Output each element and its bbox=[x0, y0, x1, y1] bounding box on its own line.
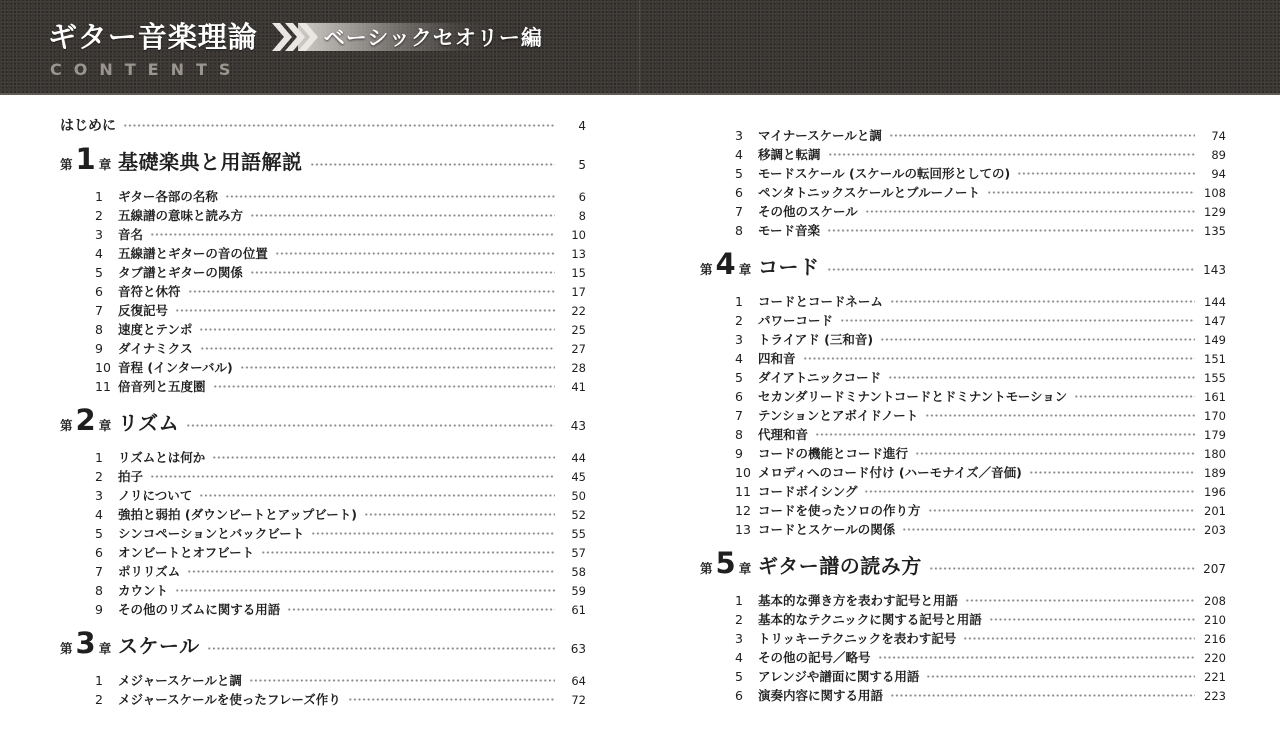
page-number: 72 bbox=[560, 693, 586, 707]
toc-item-title: トライアド (三和音) bbox=[758, 330, 873, 348]
toc-item-number: 1 bbox=[95, 189, 118, 204]
dot-leader bbox=[915, 449, 1195, 458]
toc-item-title: 基本的なテクニックに関する記号と用語 bbox=[758, 610, 982, 628]
dot-leader bbox=[207, 644, 555, 653]
dot-leader bbox=[827, 226, 1195, 235]
toc-item-title: 演奏内容に関する用語 bbox=[758, 686, 883, 704]
chapter-number: 5 bbox=[716, 549, 736, 578]
toc-item-number: 3 bbox=[95, 488, 118, 503]
toc-item-title: ペンタトニックスケールとブルーノート bbox=[758, 183, 980, 201]
toc-column-left: はじめに4第1章基礎楽典と用語解説51ギター各部の名称62五線譜の意味と読み方8… bbox=[60, 115, 586, 709]
page-number: 147 bbox=[1200, 314, 1226, 328]
toc-item-title: コードとコードネーム bbox=[758, 292, 883, 310]
header-title-row: ギター音楽理論 ベーシックセオリー編 bbox=[48, 20, 543, 54]
dot-leader bbox=[348, 695, 555, 704]
toc-item-number: 12 bbox=[735, 503, 758, 518]
toc-item: 1メジャースケールと調64 bbox=[95, 671, 586, 690]
toc-item-number: 10 bbox=[95, 360, 118, 375]
toc-item: 3トライアド (三和音)149 bbox=[735, 330, 1226, 349]
dot-leader bbox=[186, 421, 555, 430]
toc-item-title: 音名 bbox=[118, 225, 143, 243]
toc-item: 2基本的なテクニックに関する記号と用語210 bbox=[735, 610, 1226, 629]
dot-leader bbox=[929, 564, 1195, 573]
chapter-suffix: 章 bbox=[99, 155, 112, 173]
dot-leader bbox=[175, 586, 555, 595]
chapter-suffix: 章 bbox=[739, 559, 752, 577]
toc-item-title: ノリについて bbox=[118, 486, 192, 504]
toc-item-number: 3 bbox=[95, 227, 118, 242]
toc-item: 2メジャースケールを使ったフレーズ作り72 bbox=[95, 690, 586, 709]
dot-leader bbox=[364, 510, 555, 519]
toc-item-number: 6 bbox=[95, 284, 118, 299]
chapter-heading: 第5章ギター譜の読み方207 bbox=[700, 549, 1226, 585]
toc-item-number: 8 bbox=[95, 583, 118, 598]
toc-column-right: 3マイナースケールと調744移調と転調895モードスケール (スケールの転回形と… bbox=[700, 126, 1226, 705]
toc-item-title: ギター各部の名称 bbox=[118, 187, 218, 205]
toc-item-number: 7 bbox=[95, 564, 118, 579]
dot-leader bbox=[890, 297, 1195, 306]
chapter-block: 第3章スケール631メジャースケールと調642メジャースケールを使ったフレーズ作… bbox=[60, 629, 586, 709]
toc-entry: はじめに4 bbox=[60, 115, 586, 135]
chapter-prefix: 第 bbox=[60, 155, 73, 173]
page-number: 50 bbox=[560, 489, 586, 503]
chapter-number-label: 第5章 bbox=[700, 549, 758, 578]
toc-item: 2パワーコード147 bbox=[735, 311, 1226, 330]
chapter-number: 3 bbox=[76, 629, 96, 658]
toc-item: 4移調と転調89 bbox=[735, 145, 1226, 164]
dot-leader bbox=[250, 211, 555, 220]
chapter-number-label: 第3章 bbox=[60, 629, 118, 658]
toc-item: 13コードとスケールの関係203 bbox=[735, 520, 1226, 539]
toc-item-title: コードボイシング bbox=[758, 482, 857, 500]
chapter-heading: 第4章コード143 bbox=[700, 250, 1226, 286]
toc-item-number: 6 bbox=[735, 688, 758, 703]
toc-item-number: 7 bbox=[735, 408, 758, 423]
toc-item: 6セカンダリードミナントコードとドミナントモーション161 bbox=[735, 387, 1226, 406]
dot-leader bbox=[864, 487, 1195, 496]
page-number: 223 bbox=[1200, 689, 1226, 703]
toc-item-title: コードを使ったソロの作り方 bbox=[758, 501, 921, 519]
toc-item-number: 5 bbox=[735, 166, 758, 181]
toc-item-title: 五線譜とギターの音の位置 bbox=[118, 244, 268, 262]
page-number: 208 bbox=[1200, 594, 1226, 608]
dot-leader bbox=[311, 529, 555, 538]
toc-item-number: 8 bbox=[735, 427, 758, 442]
page-number: 207 bbox=[1200, 562, 1226, 576]
page-number: 161 bbox=[1200, 390, 1226, 404]
chapter-items: 1コードとコードネーム1442パワーコード1473トライアド (三和音)1494… bbox=[735, 292, 1226, 539]
page-number: 149 bbox=[1200, 333, 1226, 347]
toc-item-title: 拍子 bbox=[118, 467, 143, 485]
toc-item-number: 11 bbox=[735, 484, 758, 499]
page-number: 89 bbox=[1200, 148, 1226, 162]
toc-item: 11コードボイシング196 bbox=[735, 482, 1226, 501]
toc-item: 8代理和音179 bbox=[735, 425, 1226, 444]
toc-item-title: ダイアトニックコード bbox=[758, 368, 881, 386]
dot-leader bbox=[840, 316, 1195, 325]
chapter-block: 第5章ギター譜の読み方2071基本的な弾き方を表わす記号と用語2082基本的なテ… bbox=[700, 549, 1226, 705]
dot-leader bbox=[187, 567, 555, 576]
toc-item-number: 3 bbox=[735, 631, 758, 646]
page-number: 201 bbox=[1200, 504, 1226, 518]
page-number: 135 bbox=[1200, 224, 1226, 238]
dot-leader bbox=[889, 131, 1195, 140]
toc-item: 4五線譜とギターの音の位置13 bbox=[95, 244, 586, 263]
chapter-continuation-block: 3マイナースケールと調744移調と転調895モードスケール (スケールの転回形と… bbox=[700, 126, 1226, 240]
chapter-items: 1基本的な弾き方を表わす記号と用語2082基本的なテクニックに関する記号と用語2… bbox=[735, 591, 1226, 705]
toc-item-number: 2 bbox=[735, 313, 758, 328]
toc-item: 12コードを使ったソロの作り方201 bbox=[735, 501, 1226, 520]
dot-leader bbox=[963, 634, 1195, 643]
toc-item-number: 8 bbox=[95, 322, 118, 337]
dot-leader bbox=[1017, 169, 1195, 178]
toc-item-number: 9 bbox=[735, 446, 758, 461]
chapter-heading: 第2章リズム43 bbox=[60, 406, 586, 442]
toc-item-title: タブ譜とギターの関係 bbox=[118, 263, 243, 281]
edition-badge-label: ベーシックセオリー編 bbox=[324, 22, 543, 52]
dot-leader bbox=[888, 373, 1195, 382]
toc-item: 9その他のリズムに関する用語61 bbox=[95, 600, 586, 619]
chapter-number: 1 bbox=[76, 145, 96, 174]
toc-item-title: マイナースケールと調 bbox=[758, 126, 882, 144]
toc-item-number: 9 bbox=[95, 341, 118, 356]
toc-item-title: 五線譜の意味と読み方 bbox=[118, 206, 243, 224]
page-number: 210 bbox=[1200, 613, 1226, 627]
toc-item: 4その他の記号／略号220 bbox=[735, 648, 1226, 667]
toc-item: 11倍音列と五度圏41 bbox=[95, 377, 586, 396]
toc-item: 3ノリについて50 bbox=[95, 486, 586, 505]
chapter-title: ギター譜の読み方 bbox=[758, 550, 922, 579]
toc-item-title: ダイナミクス bbox=[118, 339, 193, 357]
page-number: 28 bbox=[560, 361, 586, 375]
toc-item-number: 4 bbox=[735, 351, 758, 366]
page-number: 8 bbox=[560, 209, 586, 223]
chapter-heading: 第3章スケール63 bbox=[60, 629, 586, 665]
page-number: 189 bbox=[1200, 466, 1226, 480]
dot-leader bbox=[199, 491, 555, 500]
toc-item: 10音程 (インターバル)28 bbox=[95, 358, 586, 377]
book-title: ギター音楽理論 bbox=[48, 23, 258, 52]
chapter-heading: 第1章基礎楽典と用語解説5 bbox=[60, 145, 586, 181]
chapter-number-label: 第4章 bbox=[700, 250, 758, 279]
toc-item: 4強拍と弱拍 (ダウンビートとアップビート)52 bbox=[95, 505, 586, 524]
dot-leader bbox=[310, 160, 556, 169]
toc-item: 7反復記号22 bbox=[95, 301, 586, 320]
toc-item-number: 5 bbox=[95, 526, 118, 541]
toc-item-number: 8 bbox=[735, 223, 758, 238]
dot-leader bbox=[878, 653, 1195, 662]
chapter-block: 第1章基礎楽典と用語解説51ギター各部の名称62五線譜の意味と読み方83音名10… bbox=[60, 145, 586, 396]
page-number: 196 bbox=[1200, 485, 1226, 499]
toc-item-number: 4 bbox=[95, 507, 118, 522]
page-number: 63 bbox=[560, 642, 586, 656]
dot-leader bbox=[261, 548, 555, 557]
toc-item-number: 5 bbox=[735, 370, 758, 385]
page-number: 52 bbox=[560, 508, 586, 522]
dot-leader bbox=[150, 472, 555, 481]
page-number: 58 bbox=[560, 565, 586, 579]
toc-item-title: メジャースケールと調 bbox=[118, 671, 242, 689]
page-fold-line bbox=[639, 0, 640, 93]
header-band: ギター音楽理論 ベーシックセオリー編 CONTENTS bbox=[0, 0, 1280, 95]
toc-item: 1ギター各部の名称6 bbox=[95, 187, 586, 206]
chapter-prefix: 第 bbox=[60, 639, 73, 657]
contents-heading: CONTENTS bbox=[50, 60, 242, 79]
page-number: 108 bbox=[1200, 186, 1226, 200]
dot-leader bbox=[175, 306, 555, 315]
toc-item: 7ポリリズム58 bbox=[95, 562, 586, 581]
page-number: 64 bbox=[560, 674, 586, 688]
page-number: 57 bbox=[560, 546, 586, 560]
toc-item: 9ダイナミクス27 bbox=[95, 339, 586, 358]
toc-item-title: ポリリズム bbox=[118, 562, 180, 580]
toc-item: 8カウント59 bbox=[95, 581, 586, 600]
page-number: 74 bbox=[1200, 129, 1226, 143]
toc-item-title: 速度とテンポ bbox=[118, 320, 192, 338]
edition-badge: ベーシックセオリー編 bbox=[272, 20, 543, 54]
toc-item-number: 4 bbox=[735, 147, 758, 162]
toc-item-title: メロディへのコード付け (ハーモナイズ／音価) bbox=[758, 463, 1022, 481]
toc-item: 1リズムとは何か44 bbox=[95, 448, 586, 467]
book-spread: ギター音楽理論 ベーシックセオリー編 CONTENTS はじめに4第1章基礎楽典… bbox=[0, 0, 1280, 95]
page-number: 17 bbox=[560, 285, 586, 299]
page-number: 22 bbox=[560, 304, 586, 318]
toc-item: 1コードとコードネーム144 bbox=[735, 292, 1226, 311]
toc-item-number: 5 bbox=[95, 265, 118, 280]
toc-item-number: 11 bbox=[95, 379, 118, 394]
dot-leader bbox=[150, 230, 555, 239]
dot-leader bbox=[287, 605, 555, 614]
toc-item-title: 音符と休符 bbox=[118, 282, 181, 300]
toc-item: 3トリッキーテクニックを表わす記号216 bbox=[735, 629, 1226, 648]
toc-item-number: 7 bbox=[95, 303, 118, 318]
toc-item-title: トリッキーテクニックを表わす記号 bbox=[758, 629, 956, 647]
page-number: 55 bbox=[560, 527, 586, 541]
toc-item: 5タブ譜とギターの関係15 bbox=[95, 263, 586, 282]
toc-item-title: モードスケール (スケールの転回形としての) bbox=[758, 164, 1010, 182]
chapter-suffix: 章 bbox=[99, 639, 112, 657]
toc-item-number: 3 bbox=[735, 128, 758, 143]
toc-item-number: 1 bbox=[95, 673, 118, 688]
toc-item: 3マイナースケールと調74 bbox=[735, 126, 1226, 145]
toc-item: 10メロディへのコード付け (ハーモナイズ／音価)189 bbox=[735, 463, 1226, 482]
page-number: 180 bbox=[1200, 447, 1226, 461]
page-number: 216 bbox=[1200, 632, 1226, 646]
toc-item-number: 6 bbox=[735, 185, 758, 200]
dot-leader bbox=[890, 691, 1195, 700]
page-number: 10 bbox=[560, 228, 586, 242]
chapter-prefix: 第 bbox=[60, 416, 73, 434]
dot-leader bbox=[225, 192, 555, 201]
toc-item: 6演奏内容に関する用語223 bbox=[735, 686, 1226, 705]
toc-item-title: 基本的な弾き方を表わす記号と用語 bbox=[758, 591, 958, 609]
toc-item: 1基本的な弾き方を表わす記号と用語208 bbox=[735, 591, 1226, 610]
toc-item: 5ダイアトニックコード155 bbox=[735, 368, 1226, 387]
page-number: 5 bbox=[560, 158, 586, 172]
dot-leader bbox=[1029, 468, 1195, 477]
chapter-number: 4 bbox=[716, 250, 736, 279]
toc-item-number: 2 bbox=[735, 612, 758, 627]
chapter-items: 1メジャースケールと調642メジャースケールを使ったフレーズ作り72 bbox=[95, 671, 586, 709]
dot-leader bbox=[928, 506, 1195, 515]
dot-leader bbox=[987, 188, 1195, 197]
toc-item-title: コードとスケールの関係 bbox=[758, 520, 895, 538]
toc-item: 6音符と休符17 bbox=[95, 282, 586, 301]
dot-leader bbox=[925, 411, 1195, 420]
toc-item: 2五線譜の意味と読み方8 bbox=[95, 206, 586, 225]
toc-item: 4四和音151 bbox=[735, 349, 1226, 368]
chapter-prefix: 第 bbox=[700, 559, 713, 577]
toc-item: 6オンビートとオフビート57 bbox=[95, 543, 586, 562]
chapter-title: コード bbox=[758, 251, 820, 280]
toc-item-number: 2 bbox=[95, 469, 118, 484]
dot-leader bbox=[212, 453, 555, 462]
toc-item-title: 移調と転調 bbox=[758, 145, 821, 163]
toc-item: 6ペンタトニックスケールとブルーノート108 bbox=[735, 183, 1226, 202]
page-number: 41 bbox=[560, 380, 586, 394]
toc-item-title: 強拍と弱拍 (ダウンビートとアップビート) bbox=[118, 505, 357, 523]
toc-item-title: その他の記号／略号 bbox=[758, 648, 871, 666]
page-number: 170 bbox=[1200, 409, 1226, 423]
toc-item-number: 5 bbox=[735, 669, 758, 684]
dot-leader bbox=[240, 363, 555, 372]
page-number: 25 bbox=[560, 323, 586, 337]
page-number: 13 bbox=[560, 247, 586, 261]
page-number: 44 bbox=[560, 451, 586, 465]
chapter-suffix: 章 bbox=[739, 260, 752, 278]
triple-chevron-right-icon bbox=[272, 23, 318, 51]
toc-item-number: 3 bbox=[735, 332, 758, 347]
page-number: 15 bbox=[560, 266, 586, 280]
dot-leader bbox=[902, 525, 1195, 534]
toc-item-number: 10 bbox=[735, 465, 758, 480]
toc-item-title: 代理和音 bbox=[758, 425, 808, 443]
toc-item: 8速度とテンポ25 bbox=[95, 320, 586, 339]
page-number: 155 bbox=[1200, 371, 1226, 385]
chapter-suffix: 章 bbox=[99, 416, 112, 434]
page-number: 129 bbox=[1200, 205, 1226, 219]
dot-leader bbox=[828, 150, 1195, 159]
toc-item-number: 13 bbox=[735, 522, 758, 537]
toc-item-number: 4 bbox=[735, 650, 758, 665]
page-number: 61 bbox=[560, 603, 586, 617]
toc-item: 9コードの機能とコード進行180 bbox=[735, 444, 1226, 463]
page-number: 94 bbox=[1200, 167, 1226, 181]
toc-item-title: テンションとアボイドノート bbox=[758, 406, 918, 424]
chapter-prefix: 第 bbox=[700, 260, 713, 278]
chapter-block: 第2章リズム431リズムとは何か442拍子453ノリについて504強拍と弱拍 (… bbox=[60, 406, 586, 619]
dot-leader bbox=[188, 287, 555, 296]
toc-item-number: 2 bbox=[95, 692, 118, 707]
toc-item: 2拍子45 bbox=[95, 467, 586, 486]
toc-item-title: コードの機能とコード進行 bbox=[758, 444, 908, 462]
toc-item-number: 1 bbox=[735, 294, 758, 309]
chapter-title: スケール bbox=[118, 630, 200, 659]
toc-item-title: 反復記号 bbox=[118, 301, 168, 319]
dot-leader bbox=[199, 325, 555, 334]
toc-item-number: 1 bbox=[735, 593, 758, 608]
page-number: 179 bbox=[1200, 428, 1226, 442]
toc-item-title: 倍音列と五度圏 bbox=[118, 377, 206, 395]
dot-leader bbox=[213, 382, 555, 391]
chapter-number: 2 bbox=[76, 406, 96, 435]
toc-item-title: その他のリズムに関する用語 bbox=[118, 600, 280, 618]
toc-entry-title: はじめに bbox=[60, 115, 116, 135]
page-number: 6 bbox=[560, 190, 586, 204]
page-number: 27 bbox=[560, 342, 586, 356]
page-number: 45 bbox=[560, 470, 586, 484]
toc-item-title: カウント bbox=[118, 581, 168, 599]
page-number: 4 bbox=[560, 119, 586, 133]
page-number: 144 bbox=[1200, 295, 1226, 309]
toc-item: 5シンコペーションとバックビート55 bbox=[95, 524, 586, 543]
chapter-number-label: 第2章 bbox=[60, 406, 118, 435]
dot-leader bbox=[275, 249, 555, 258]
toc-item-title: その他のスケール bbox=[758, 202, 858, 220]
toc-item-title: メジャースケールを使ったフレーズ作り bbox=[118, 690, 341, 708]
chapter-block: 第4章コード1431コードとコードネーム1442パワーコード1473トライアド … bbox=[700, 250, 1226, 539]
dot-leader bbox=[803, 354, 1195, 363]
toc-item-title: シンコペーションとバックビート bbox=[118, 524, 304, 542]
dot-leader bbox=[827, 265, 1196, 274]
toc-item-title: モード音楽 bbox=[758, 221, 820, 239]
page-number: 220 bbox=[1200, 651, 1226, 665]
toc-item-number: 9 bbox=[95, 602, 118, 617]
toc-item: 3音名10 bbox=[95, 225, 586, 244]
chapter-number-label: 第1章 bbox=[60, 145, 118, 174]
page-number: 151 bbox=[1200, 352, 1226, 366]
dot-leader bbox=[865, 207, 1195, 216]
dot-leader bbox=[926, 672, 1195, 681]
dot-leader bbox=[200, 344, 555, 353]
dot-leader bbox=[815, 430, 1195, 439]
toc-item: 5モードスケール (スケールの転回形としての)94 bbox=[735, 164, 1226, 183]
page-number: 43 bbox=[560, 419, 586, 433]
toc-item-title: リズムとは何か bbox=[118, 448, 205, 466]
toc-item-title: 四和音 bbox=[758, 349, 796, 367]
toc-item-title: 音程 (インターバル) bbox=[118, 358, 233, 376]
toc-item: 7テンションとアボイドノート170 bbox=[735, 406, 1226, 425]
toc-item: 8モード音楽135 bbox=[735, 221, 1226, 240]
toc-item-title: アレンジや譜面に関する用語 bbox=[758, 667, 919, 685]
toc-item-number: 7 bbox=[735, 204, 758, 219]
toc-item-number: 4 bbox=[95, 246, 118, 261]
page-number: 59 bbox=[560, 584, 586, 598]
toc-item: 5アレンジや譜面に関する用語221 bbox=[735, 667, 1226, 686]
dot-leader bbox=[249, 676, 555, 685]
page-number: 203 bbox=[1200, 523, 1226, 537]
page-number: 221 bbox=[1200, 670, 1226, 684]
toc-item-title: セカンダリードミナントコードとドミナントモーション bbox=[758, 387, 1067, 405]
dot-leader bbox=[1074, 392, 1195, 401]
toc-item: 7その他のスケール129 bbox=[735, 202, 1226, 221]
toc-item-number: 1 bbox=[95, 450, 118, 465]
chapter-items: 1リズムとは何か442拍子453ノリについて504強拍と弱拍 (ダウンビートとア… bbox=[95, 448, 586, 619]
chapter-items: 3マイナースケールと調744移調と転調895モードスケール (スケールの転回形と… bbox=[735, 126, 1226, 240]
dot-leader bbox=[123, 121, 555, 130]
toc-item-number: 6 bbox=[95, 545, 118, 560]
toc-item-title: パワーコード bbox=[758, 311, 833, 329]
dot-leader bbox=[965, 596, 1195, 605]
dot-leader bbox=[250, 268, 555, 277]
toc-item-title: オンビートとオフビート bbox=[118, 543, 254, 561]
dot-leader bbox=[989, 615, 1195, 624]
chapter-title: 基礎楽典と用語解説 bbox=[118, 146, 303, 175]
toc-item-number: 6 bbox=[735, 389, 758, 404]
chapter-items: 1ギター各部の名称62五線譜の意味と読み方83音名104五線譜とギターの音の位置… bbox=[95, 187, 586, 396]
chapter-title: リズム bbox=[118, 407, 179, 436]
toc-item-number: 2 bbox=[95, 208, 118, 223]
